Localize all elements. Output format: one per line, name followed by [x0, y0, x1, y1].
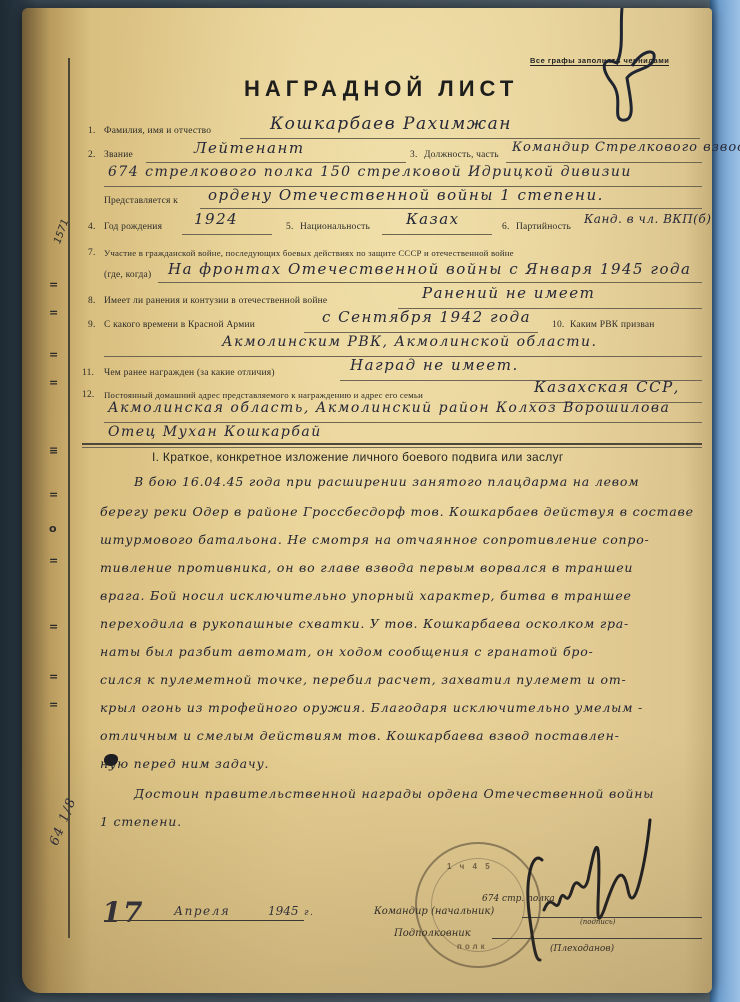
- date-year-suffix: г.: [304, 908, 314, 918]
- field-number: 7.: [88, 248, 96, 258]
- official-stamp: 1 ч 4 5 полк: [415, 842, 541, 968]
- field-label-where-when: (где, когда): [104, 270, 151, 280]
- narrative-line: отличным и смелым действиям тов. Кошкарб…: [100, 728, 620, 743]
- field-number: 6.: [502, 222, 510, 232]
- margin-mark: =: [49, 554, 58, 567]
- field-number: 1.: [88, 126, 96, 136]
- margin-mark: =: [49, 348, 58, 361]
- field-value-birth-year: 1924: [194, 210, 238, 228]
- narrative-line: сился к пулеметной точке, перебил расчет…: [100, 672, 627, 687]
- narrative-line: штурмового батальона. Не смотря на отчая…: [100, 532, 650, 547]
- stamp-text: полк: [457, 942, 488, 951]
- field-number: 12.: [82, 390, 94, 400]
- field-value-address: Казахская ССР,: [534, 378, 680, 396]
- field-label-army-since: С какого времени в Красной Армии: [104, 320, 255, 330]
- margin-marks: 1571 = = = = ≡ = o = = = =: [46, 8, 68, 993]
- field-number: 2.: [88, 150, 96, 160]
- field-label-full-name: Фамилия, имя и отчество: [104, 126, 211, 136]
- narrative-line: наты был разбит автомат, он ходом сообще…: [100, 644, 594, 659]
- margin-mark: ≡: [49, 444, 58, 457]
- document-title: НАГРАДНОЙ ЛИСТ: [244, 76, 518, 102]
- narrative-line: тивление противника, он во главе взвода …: [100, 560, 633, 575]
- award-sheet: 1571 = = = = ≡ = o = = = = Все графы зап…: [22, 8, 712, 993]
- field-value-rank: Лейтенант: [194, 139, 305, 157]
- narrative-line: врага. Бой носил исключительно упорный х…: [100, 588, 632, 603]
- field-label-rank: Звание: [104, 150, 133, 160]
- field-number: 9.: [88, 320, 96, 330]
- field-value-family: Отец Мухан Кошкарбай: [108, 424, 322, 440]
- signature-unit: 674 стр. полка: [482, 894, 555, 904]
- field-label-birth-year: Год рождения: [104, 222, 162, 232]
- field-number: 5.: [286, 222, 294, 232]
- field-value-position: Командир Стрелкового взвода: [512, 140, 740, 155]
- field-number: 3.: [410, 150, 418, 160]
- narrative-line: переходила в рукопашные схватки. У тов. …: [100, 616, 629, 631]
- margin-mark: =: [49, 488, 58, 501]
- commander-signature-icon: [522, 820, 682, 970]
- stamp-text: 1 ч 4 5: [447, 862, 493, 871]
- field-number: 10.: [552, 320, 564, 330]
- ink-blot: [104, 754, 118, 766]
- field-number: 8.: [88, 296, 96, 306]
- date-month: Апреля: [174, 904, 230, 918]
- narrative-line: ную перед ним задачу.: [100, 756, 269, 771]
- corner-flourish-icon: [582, 8, 672, 128]
- field-label-position: Должность, часть: [424, 150, 499, 160]
- field-label-wounds: Имеет ли ранения и контузии в отечествен…: [104, 296, 327, 306]
- margin-mark: =: [49, 278, 58, 291]
- signature-role: Командир (начальник): [374, 906, 494, 917]
- field-value-party: Канд. в чл. ВКП(б): [584, 212, 711, 226]
- field-value-draft-office: Акмолинским РВК, Акмолинской области.: [222, 334, 597, 350]
- narrative-line: В бою 16.04.45 года при расширении занят…: [134, 474, 639, 489]
- field-label-prior-awards: Чем ранее награжден (за какие отличия): [104, 368, 275, 378]
- field-value-nationality: Казах: [406, 210, 460, 228]
- date-year: 1945: [268, 904, 299, 918]
- margin-mark: =: [49, 376, 58, 389]
- field-label-war-participation: Участие в гражданской войне, последующих…: [104, 248, 514, 258]
- field-label-draft-office: Каким РВК призван: [570, 320, 655, 330]
- narrative-line: Достоин правительственной награды ордена…: [134, 786, 654, 801]
- field-number: 4.: [88, 222, 96, 232]
- narrative-line: 1 степени.: [100, 814, 182, 829]
- section-heading: I. Краткое, конкретное изложение личного…: [152, 450, 564, 464]
- signature-hint: (подпись): [580, 918, 615, 926]
- margin-mark: =: [49, 620, 58, 633]
- field-value-unit: 674 стрелкового полка 150 стрелковой Идр…: [108, 164, 632, 180]
- signature-rank: Подполковник: [394, 928, 471, 939]
- field-label-address: Постоянный домашний адрес представляемог…: [104, 390, 423, 400]
- field-value-army-since: с Сентября 1942 года: [322, 308, 531, 326]
- narrative-line: крыл огонь из трофейного оружия. Благода…: [100, 700, 643, 715]
- margin-mark: o: [49, 522, 57, 535]
- margin-rule: [68, 58, 70, 938]
- margin-mark: =: [49, 306, 58, 319]
- signature-name: (Плеходанов): [550, 944, 614, 954]
- margin-annotation: 64 1/8: [47, 795, 80, 848]
- field-value-full-name: Кошкарбаев Рахимжан: [270, 114, 512, 134]
- date-day: 17: [102, 896, 144, 929]
- field-label-nationality: Национальность: [300, 222, 370, 232]
- margin-mark: =: [49, 698, 58, 711]
- field-value-war-participation: На фронтах Отечественной войны с Января …: [168, 260, 691, 278]
- margin-mark: =: [49, 670, 58, 683]
- field-number: 11.: [82, 368, 94, 378]
- field-value-prior-awards: Наград не имеет.: [350, 356, 519, 374]
- field-label-party: Партийность: [516, 222, 571, 232]
- field-label-presented: Представляется к: [104, 196, 178, 206]
- field-value-award: ордену Отечественной войны 1 степени.: [208, 186, 604, 204]
- field-value-address-line-2: Акмолинская область, Акмолинский район К…: [108, 400, 670, 416]
- narrative-line: берегу реки Одер в районе Гроссбесдорф т…: [100, 504, 694, 519]
- field-value-wounds: Ранений не имеет: [422, 284, 595, 302]
